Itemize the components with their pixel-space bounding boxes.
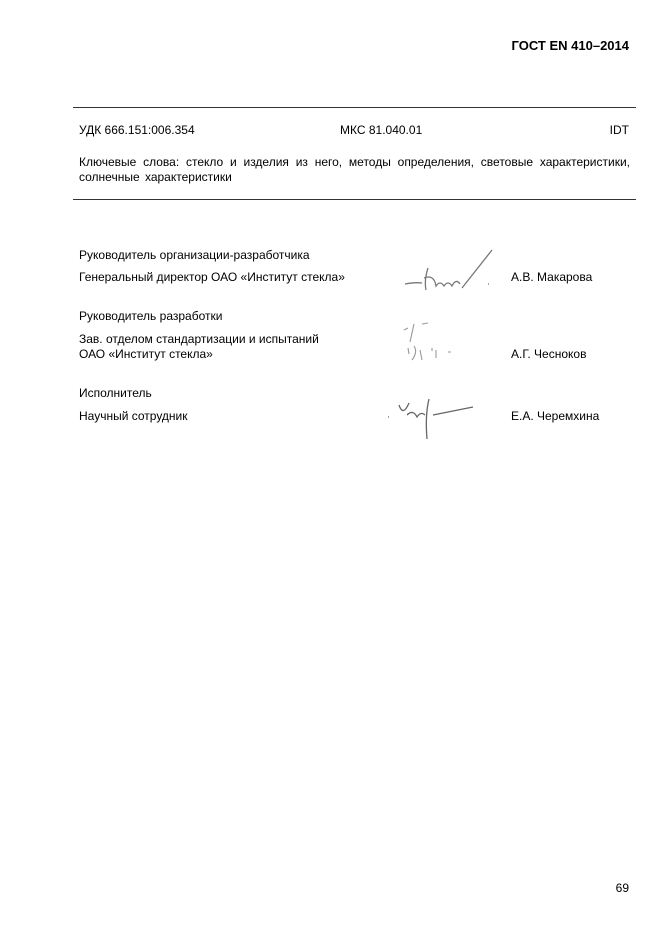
signatory-name: А.В. Макарова — [511, 270, 592, 284]
signatory-role: Исполнитель — [79, 386, 152, 400]
signatory-position: Генеральный директор ОАО «Институт стекл… — [79, 270, 345, 284]
standard-code: ГОСТ EN 410–2014 — [512, 38, 629, 53]
signature-icon — [385, 395, 480, 443]
signature-icon — [400, 320, 480, 370]
mks-code: МКС 81.040.01 — [340, 123, 422, 137]
signatory-position: Зав. отделом стандартизации и испытаний — [79, 332, 319, 346]
udk-code: УДК 666.151:006.354 — [79, 123, 195, 137]
signature-icon — [400, 248, 495, 294]
signatory-role: Руководитель разработки — [79, 309, 222, 323]
signatory-name: А.Г. Чесноков — [511, 347, 586, 361]
signatory-position: ОАО «Институт стекла» — [79, 347, 213, 361]
top-divider — [73, 107, 636, 108]
page-number: 69 — [616, 881, 629, 895]
bottom-divider — [73, 199, 636, 200]
degree-of-correspondence: IDT — [610, 123, 629, 137]
signatory-name: Е.А. Черемхина — [511, 409, 599, 423]
keywords: Ключевые слова: стекло и изделия из него… — [79, 155, 630, 185]
signatory-role: Руководитель организации-разработчика — [79, 248, 310, 262]
signatory-position: Научный сотрудник — [79, 409, 188, 423]
